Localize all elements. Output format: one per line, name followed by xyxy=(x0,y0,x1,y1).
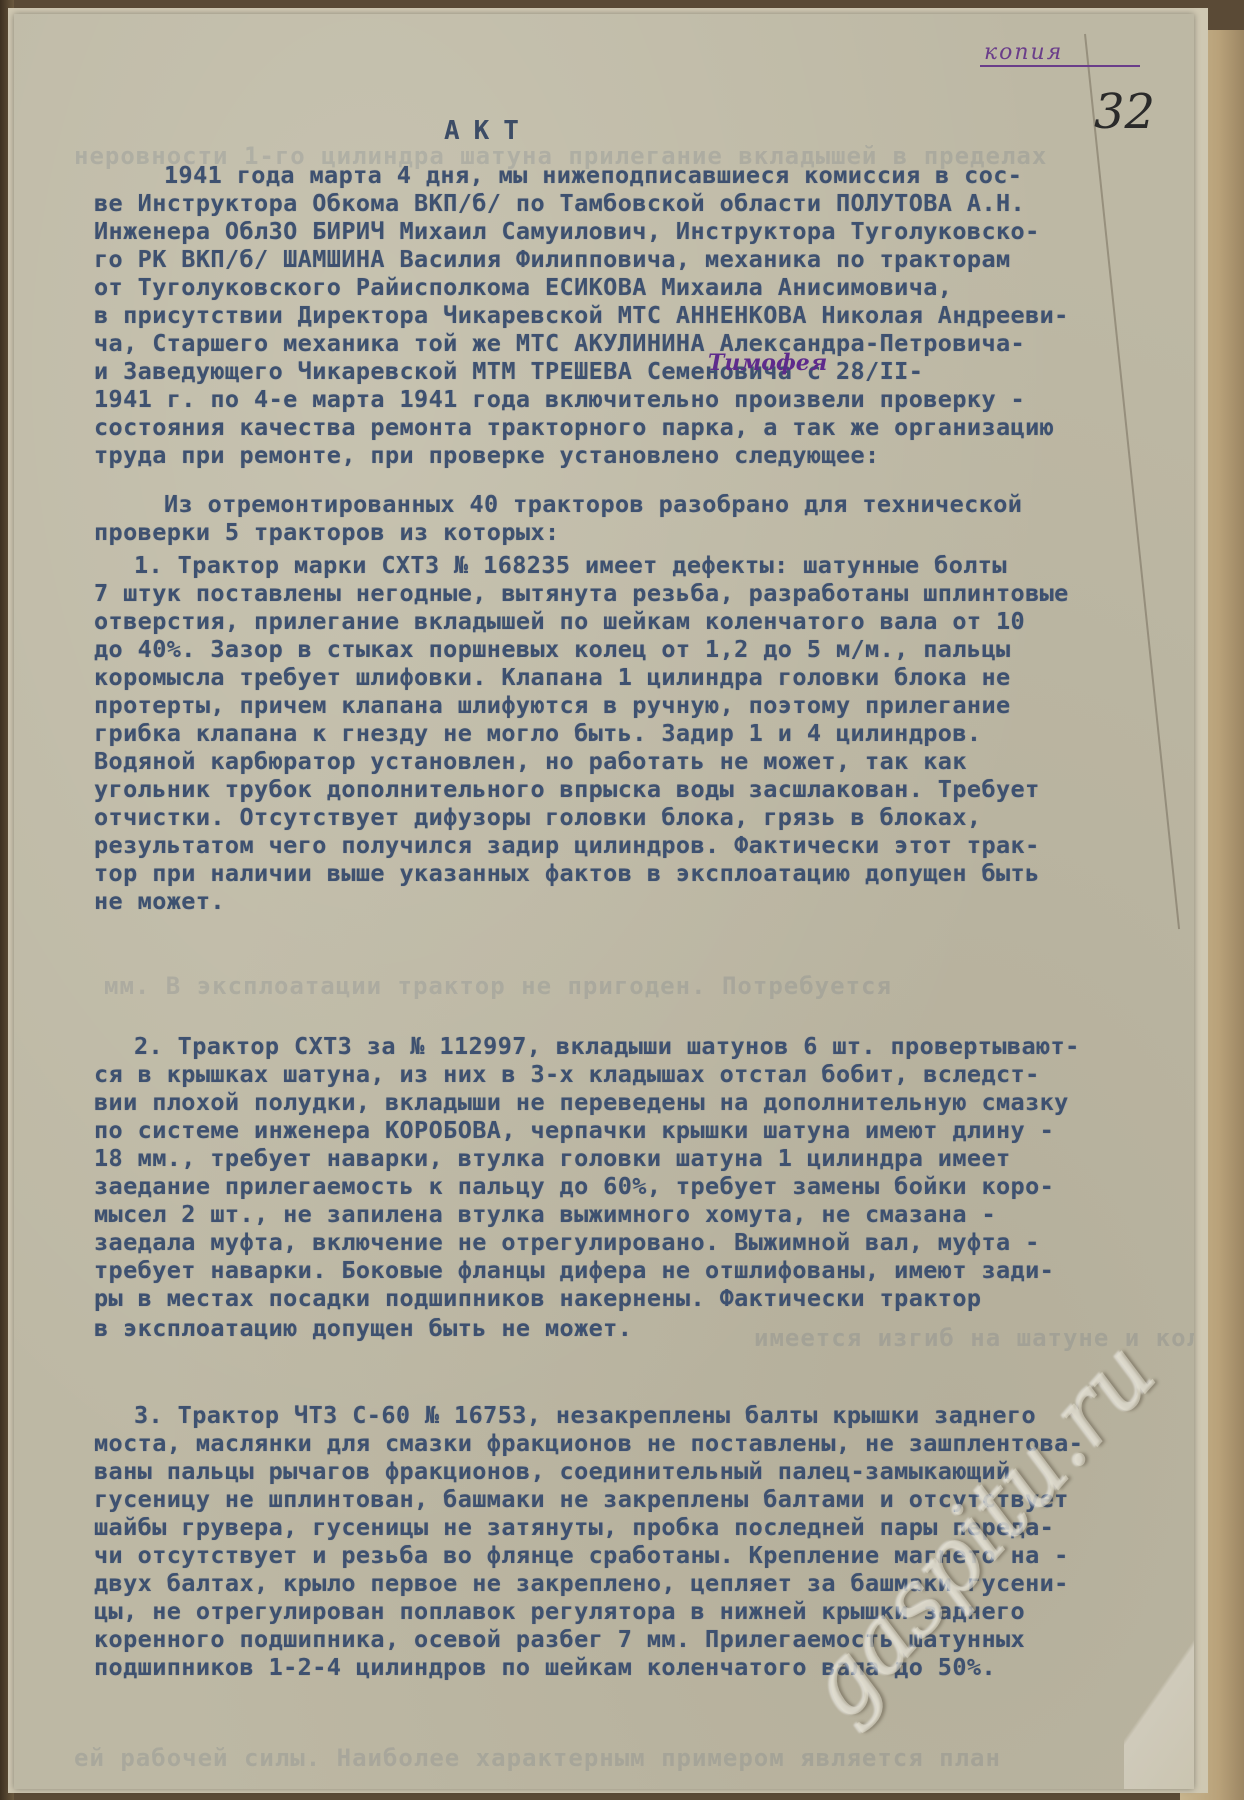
text-line: ся в крышках шатуна, из них в 3-х кладыш… xyxy=(94,1060,1040,1088)
text-line: 7 штук поставлены негодные, вытянута рез… xyxy=(94,579,1069,607)
text-line: ча, Старшего механика той же МТС АКУЛИНИ… xyxy=(94,329,1025,357)
text-line: отчистки. Отсутствует дифузоры головки б… xyxy=(94,803,981,831)
text-line: ве Инструктора Обкома ВКП/б/ по Тамбовск… xyxy=(94,189,1025,217)
text-line: заедала муфта, включение не отрегулирова… xyxy=(94,1228,1040,1256)
paper-crease xyxy=(1084,34,1180,929)
text-line: отверстия, прилегание вкладышей по шейка… xyxy=(94,607,1025,635)
copy-mark-handwritten: копия xyxy=(980,40,1140,67)
text-line: го РК ВКП/б/ ШАМШИНА Василия Филипповича… xyxy=(94,245,1011,273)
folded-corner xyxy=(1124,1574,1194,1789)
text-line: 18 мм., требует наварки, втулка головки … xyxy=(94,1144,1011,1172)
text-line: не может. xyxy=(94,887,225,915)
page-number-handwritten: 32 xyxy=(1094,84,1155,140)
text-line: 1941 г. по 4-е марта 1941 года включител… xyxy=(94,385,1025,413)
text-line: вии плохой полудки, вкладыши не переведе… xyxy=(94,1088,1069,1116)
text-line: тор при наличии выше указанных фактов в … xyxy=(94,859,1040,887)
text-line: в присутствии Директора Чикаревской МТС … xyxy=(94,301,1069,329)
text-line: до 40%. Зазор в стыках поршневых колец о… xyxy=(94,635,1011,663)
text-line: Водяной карбюратор установлен, но работа… xyxy=(94,747,967,775)
bleed-through-text: мм. В эксплоатации трактор не пригоден. … xyxy=(104,972,892,1000)
text-line: состояния качества ремонта тракторного п… xyxy=(94,413,1054,441)
text-line: 2. Трактор СХТЗ за № 112997, вкладыши ша… xyxy=(134,1032,1080,1060)
text-line: труда при ремонте, при проверке установл… xyxy=(94,441,880,469)
text-line: от Туголуковского Райисполкома ЕСИКОВА М… xyxy=(94,273,952,301)
document-page: неровности 1-го цилиндра шатуна прилеган… xyxy=(14,14,1194,1789)
text-line: гусеницу не шплинтован, башмаки не закре… xyxy=(94,1485,1069,1513)
text-line: мысел 2 шт., не запилена втулка выжимног… xyxy=(94,1200,996,1228)
text-line: угольник трубок дополнительного впрыска … xyxy=(94,775,1040,803)
text-line: 3. Трактор ЧТЗ С-60 № 16753, незакреплен… xyxy=(134,1401,1036,1429)
text-line: моста, маслянки для смазки фракционов не… xyxy=(94,1429,1083,1457)
text-line: заедание прилегаемость к пальцу до 60%, … xyxy=(94,1172,1054,1200)
text-line: Из отремонтированных 40 тракторов разобр… xyxy=(164,490,1022,518)
bleed-through-text: ей рабочей силы. Наиболее характерным пр… xyxy=(74,1744,1001,1772)
text-line: проверки 5 тракторов из которых: xyxy=(94,518,560,546)
text-line: результатом чего получился задир цилиндр… xyxy=(94,831,1040,859)
text-line: протерты, причем клапана шлифуются в руч… xyxy=(94,691,1011,719)
text-line: Инженера ОблЗО БИРИЧ Михаил Самуилович, … xyxy=(94,217,1040,245)
text-line: 1. Трактор марки СХТЗ № 168235 имеет деф… xyxy=(134,551,1007,579)
handwritten-name-insert: Тимофея xyxy=(708,350,827,376)
text-line: ваны пальцы рычагов фракционов, соединит… xyxy=(94,1457,1011,1485)
text-line: ры в местах посадки подшипников накернен… xyxy=(94,1284,981,1312)
text-line: по системе инженера КОРОБОВА, черпачки к… xyxy=(94,1116,1054,1144)
text-line: 1941 года марта 4 дня, мы нижеподписавши… xyxy=(164,161,1022,189)
text-line: требует наварки. Боковые фланцы дифера н… xyxy=(94,1256,1054,1284)
text-line: в эксплоатацию допущен быть не может. xyxy=(94,1314,632,1342)
text-line: коромысла требует шлифовки. Клапана 1 ци… xyxy=(94,663,1011,691)
text-line: грибка клапана к гнезду не могло быть. З… xyxy=(94,719,981,747)
document-title: АКТ xyxy=(444,116,533,146)
